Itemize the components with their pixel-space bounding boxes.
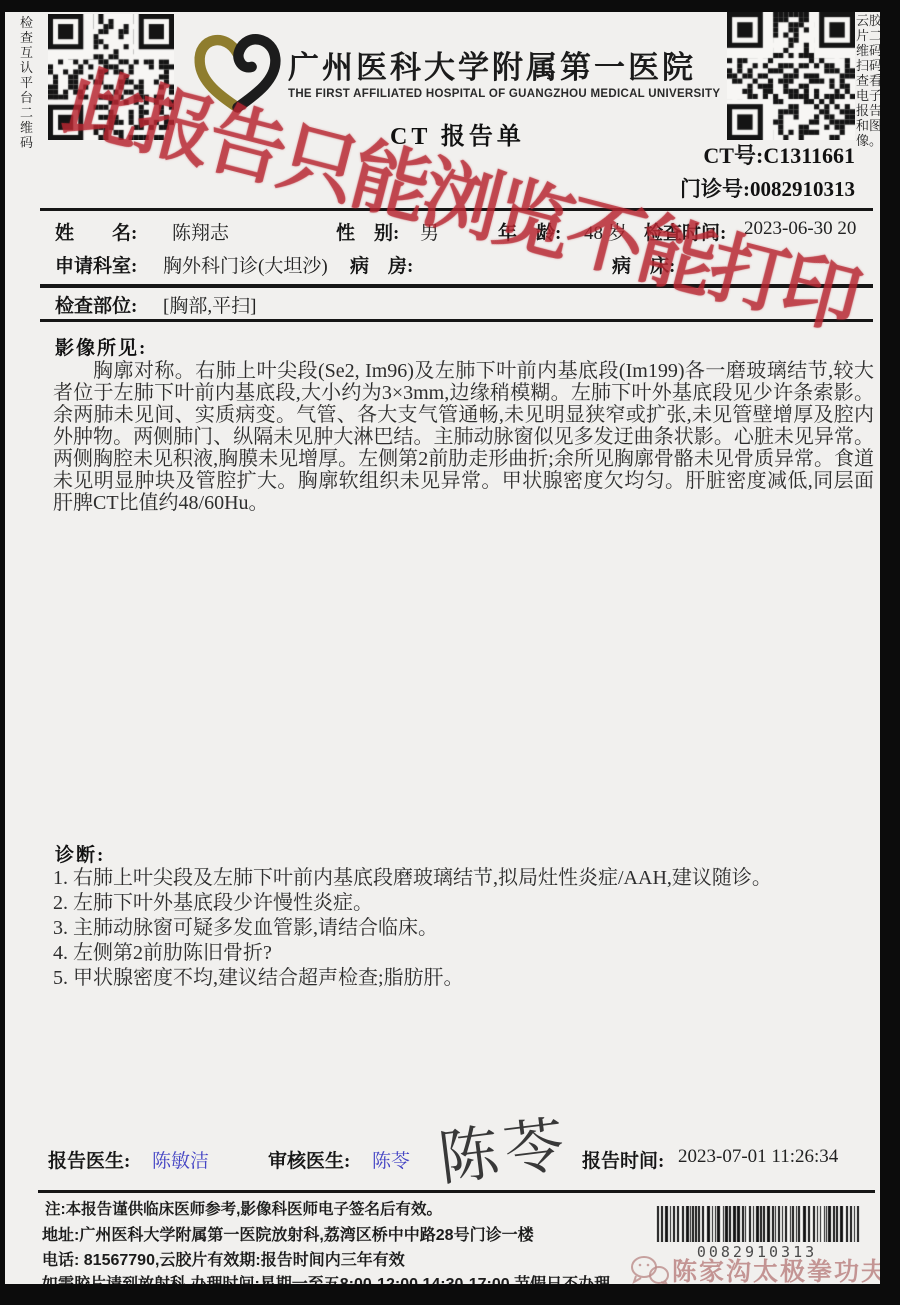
outpatient-number-value: 0082910313 — [750, 177, 855, 201]
divider — [38, 1190, 875, 1193]
exam-part-label: 检查部位: — [55, 291, 137, 318]
exam-part-value: [胸部,平扫] — [163, 291, 256, 318]
diagnosis-item: 4. 左侧第2前肋陈旧骨折? — [53, 941, 874, 966]
frame-top — [0, 0, 900, 12]
review-doctor-label: 审核医生: — [268, 1146, 350, 1173]
frame-right — [880, 0, 900, 1305]
diagnosis-item: 5. 甲状腺密度不均,建议结合超声检查;脂肪肝。 — [53, 966, 874, 991]
report-doctor-value: 陈敏洁 — [152, 1146, 209, 1173]
address-line: 地址:广州医科大学附属第一医院放射科,荔湾区桥中中路28号门诊一楼 — [42, 1222, 534, 1245]
diagnosis-item: 1. 右肺上叶尖段及左肺下叶前内基底段磨玻璃结节,拟局灶性炎症/AAH,建议随诊… — [53, 866, 874, 891]
frame-left — [0, 0, 5, 1305]
diagnosis-list: 1. 右肺上叶尖段及左肺下叶前内基底段磨玻璃结节,拟局灶性炎症/AAH,建议随诊… — [53, 866, 874, 991]
qr-left-caption: 检查互认平台二维码 — [20, 16, 36, 150]
diagnosis-item: 2. 左肺下叶外基底段少许慢性炎症。 — [53, 891, 874, 916]
findings-body: 胸廓对称。右肺上叶尖段(Se2, Im96)及左肺下叶前内基底段(Im199)各… — [53, 360, 874, 514]
report-doctor-label: 报告医生: — [48, 1146, 130, 1173]
doctor-signature: 陈苓 — [433, 1096, 574, 1197]
ct-report-page: 检查互认平台二维码 广州医科大学附属第一医院 THE FIRST AFFILIA… — [0, 0, 900, 1305]
ct-number-label: CT号: — [703, 143, 763, 168]
diagnosis-item: 3. 主肺动脉窗可疑多发血管影,请结合临床。 — [53, 916, 874, 941]
hospital-name-en: THE FIRST AFFILIATED HOSPITAL OF GUANGZH… — [288, 88, 720, 100]
dept-value: 胸外科门诊(大坦沙) — [163, 251, 328, 278]
dept-label: 申请科室: — [55, 251, 137, 278]
channel-watermark: 陈家沟太极拳功夫 — [672, 1252, 888, 1288]
disclaimer-note: 注:本报告谨供临床医师参考,影像科医师电子签名后有效。 — [45, 1197, 442, 1219]
ct-number-value: C1311661 — [763, 143, 855, 168]
review-doctor-value: 陈苓 — [372, 1146, 410, 1173]
ward-label: 病 房: — [350, 251, 413, 278]
barcode — [655, 1206, 860, 1242]
diagnosis-title: 诊断: — [55, 840, 105, 867]
name-label: 姓 名: — [55, 218, 137, 245]
frame-bottom — [0, 1284, 900, 1305]
name-value: 陈翔志 — [172, 218, 229, 245]
ct-number: CT号:C1311661 — [555, 139, 855, 170]
findings-title: 影像所见: — [55, 333, 147, 360]
qr-code-right — [727, 12, 855, 140]
report-time-label: 报告时间: — [582, 1146, 664, 1173]
report-time-value: 2023-07-01 11:26:34 — [678, 1146, 838, 1168]
hospital-name-cn: 广州医科大学附属第一医院 — [288, 42, 696, 87]
phone-line: 电话: 81567790,云胶片有效期:报告时间内三年有效 — [42, 1247, 405, 1270]
